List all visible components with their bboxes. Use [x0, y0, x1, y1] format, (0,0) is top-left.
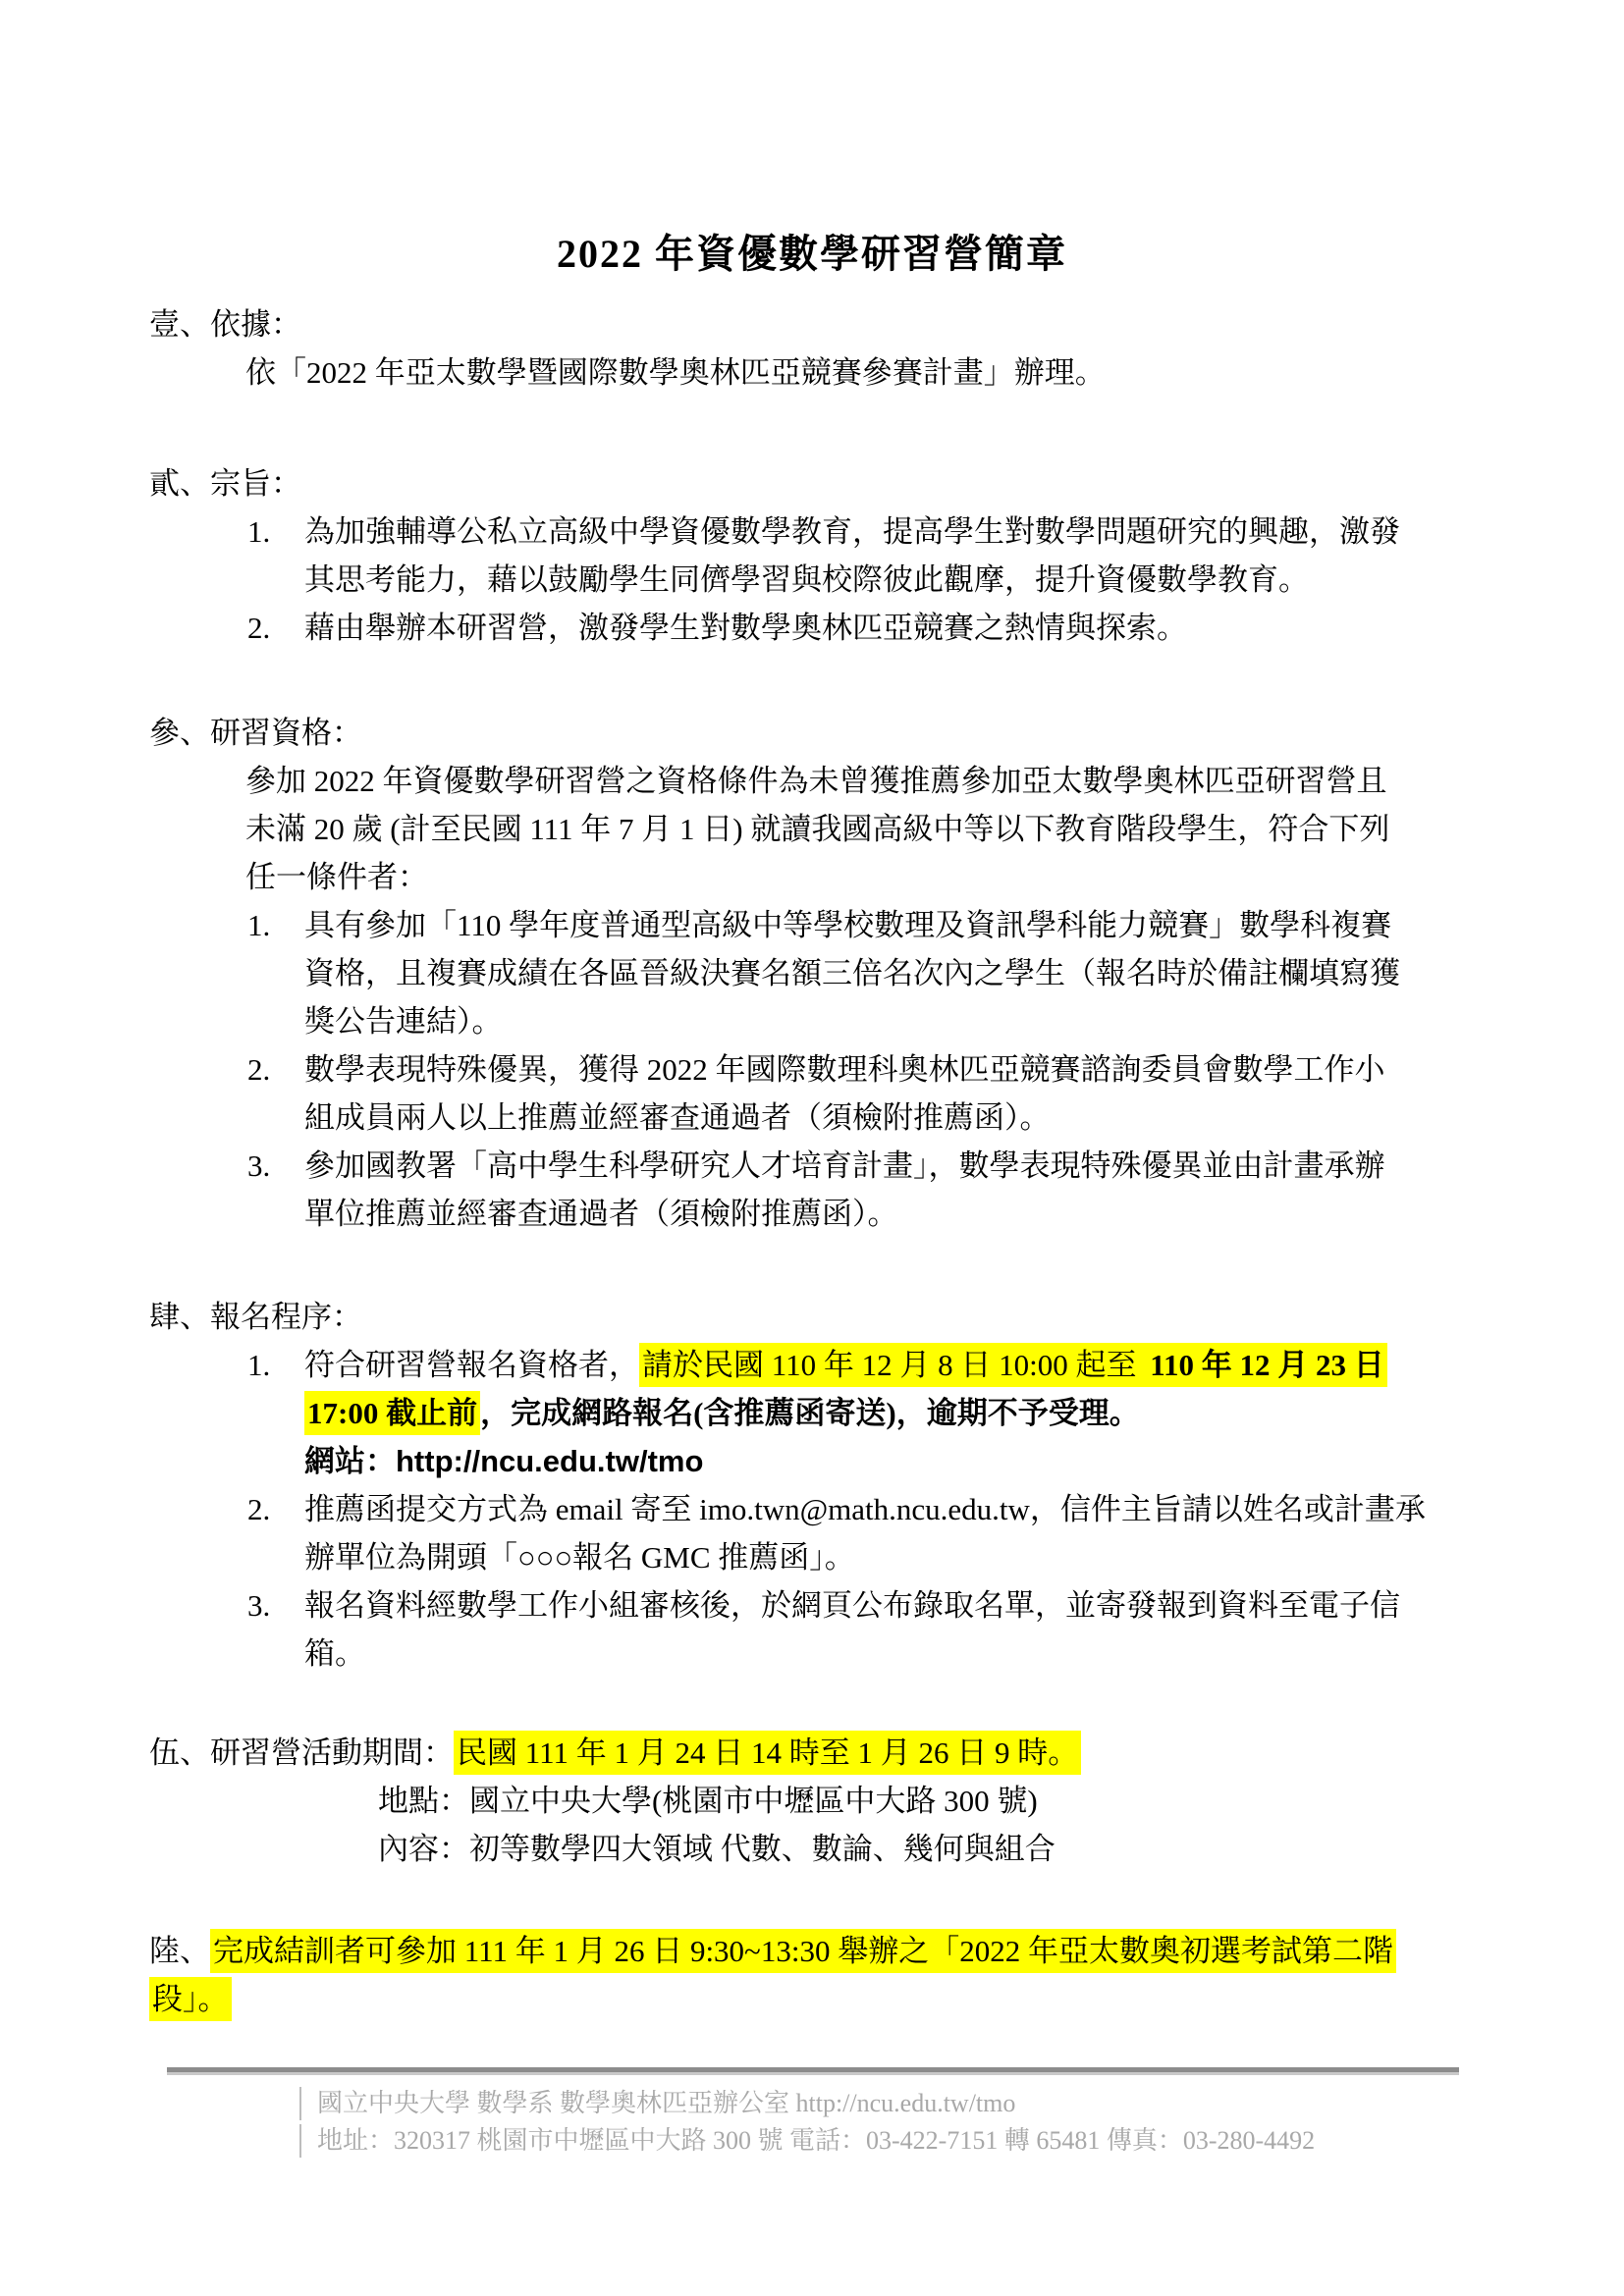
list-item: 3. 參加國教署「高中學生科學研究人才培育計畫」，數學表現特殊優異並由計畫承辦 … — [304, 1142, 1624, 1238]
registration-website-url: http://ncu.edu.tw/tmo — [396, 1444, 703, 1478]
exam-notice-highlight: 段」。 — [149, 1977, 232, 2021]
item-number: 1. — [247, 1341, 270, 1389]
location-label: 地點： — [378, 1784, 469, 1818]
item-text-line: 組成員兩人以上推薦並經審查通過者（須檢附推薦函）。 — [304, 1094, 1624, 1142]
list-item: 2. 推薦函提交方式為 email 寄至 imo.twn@math.ncu.ed… — [304, 1485, 1624, 1581]
website-label: 網站： — [304, 1444, 396, 1478]
footer-divider — [167, 2067, 1459, 2075]
item-number: 2. — [247, 1485, 270, 1533]
list-item: 3. 報名資料經數學工作小組審核後，於網頁公布錄取名單，並寄發報到資料至電子信 … — [304, 1581, 1624, 1678]
item-text-line: 報名資料經數學工作小組審核後，於網頁公布錄取名單，並寄發報到資料至電子信 — [304, 1581, 1624, 1629]
location-text: 國立中央大學(桃園市中壢區中大路 300 號) — [469, 1784, 1038, 1818]
item-text-line: 資格，且複賽成績在各區晉級決賽名額三倍名次內之學生（報名時於備註欄填寫獲 — [304, 949, 1624, 997]
list-item: 1. 為加強輔導公私立高級中學資優數學教育，提高學生對數學問題研究的興趣，激發 … — [304, 507, 1624, 604]
content-text: 初等數學四大領域 代數、數論、幾何與組合 — [469, 1832, 1056, 1866]
item-text-line: 推薦函提交方式為 email 寄至 imo.twn@math.ncu.edu.t… — [304, 1485, 1624, 1533]
exam-notice-line: 段」。 — [149, 1975, 1624, 2023]
document-title: 2022 年資優數學研習營簡章 — [0, 230, 1624, 279]
item-text-line: 符合研習營報名資格者，請於民國 110 年 12 月 8 日 10:00 起至 … — [304, 1341, 1624, 1389]
list-item: 2. 藉由舉辦本研習營，激發學生對數學奧林匹亞競賽之熱情與探索。 — [304, 604, 1624, 652]
section-exam-notice-label: 陸、 — [149, 1934, 210, 1968]
eligibility-intro-line: 參加 2022 年資優數學研習營之資格條件為未曾獲推薦參加亞太數學奧林匹亞研習營… — [245, 757, 1624, 805]
section-basis: 壹、依據： 依「2022 年亞太數學暨國際數學奧林匹亞競賽參賽計畫」辦理。 — [0, 300, 1624, 397]
item-text-line: 藉由舉辦本研習營，激發學生對數學奧林匹亞競賽之熱情與探索。 — [304, 604, 1624, 652]
section-camp-period: 伍、研習營活動期間：民國 111 年 1 月 24 日 14 時至 1 月 26… — [0, 1729, 1624, 1873]
content-label: 內容： — [378, 1832, 469, 1866]
item-number: 3. — [247, 1581, 270, 1629]
item-text-line: 具有參加「110 學年度普通型高級中等學校數理及資訊學科能力競賽」數學科複賽 — [304, 901, 1624, 949]
item-text-line: 辦單位為開頭「○○○報名 GMC 推薦函」。 — [304, 1533, 1624, 1581]
camp-period-line: 伍、研習營活動期間：民國 111 年 1 月 24 日 14 時至 1 月 26… — [149, 1729, 1624, 1777]
item-text-line: 17:00 截止前，完成網路報名(含推薦函寄送)，逾期不予受理。 — [304, 1389, 1624, 1437]
section-camp-period-label: 伍、研習營活動期間： — [149, 1735, 454, 1770]
section-registration: 肆、報名程序： 1. 符合研習營報名資格者，請於民國 110 年 12 月 8 … — [0, 1293, 1624, 1678]
registration-deadline-time: 17:00 截止前 — [304, 1391, 480, 1435]
item-text-line: 獎公告連結）。 — [304, 997, 1624, 1045]
item-number: 1. — [247, 507, 270, 556]
footer-address-line: 地址：320317 桃園市中壢區中大路 300 號 電話：03-422-7151… — [299, 2124, 1315, 2158]
registration-deadline-date: 110 年 12 月 23 日 — [1147, 1343, 1387, 1387]
exam-notice-highlight: 完成結訓者可參加 111 年 1 月 26 日 9:30~13:30 舉辦之「2… — [210, 1929, 1396, 1973]
camp-period-highlight: 民國 111 年 1 月 24 日 14 時至 1 月 26 日 9 時。 — [454, 1731, 1081, 1775]
item-text-line: 數學表現特殊優異，獲得 2022 年國際數理科奧林匹亞競賽諮詢委員會數學工作小 — [304, 1045, 1624, 1094]
item-number: 2. — [247, 1045, 270, 1094]
item-text-line: 單位推薦並經審查通過者（須檢附推薦函）。 — [304, 1190, 1624, 1238]
registration-deadline-note: ，完成網路報名(含推薦函寄送)，逾期不予受理。 — [480, 1396, 1140, 1430]
section-registration-label: 肆、報名程序： — [149, 1293, 1624, 1341]
list-item: 1. 具有參加「110 學年度普通型高級中等學校數理及資訊學科能力競賽」數學科複… — [304, 901, 1624, 1045]
item-text-line: 其思考能力，藉以鼓勵學生同儕學習與校際彼此觀摩，提升資優數學教育。 — [304, 556, 1624, 604]
exam-notice-line: 陸、完成結訓者可參加 111 年 1 月 26 日 9:30~13:30 舉辦之… — [149, 1927, 1624, 1975]
camp-location-line: 地點：國立中央大學(桃園市中壢區中大路 300 號) — [378, 1777, 1624, 1825]
section-exam-notice: 陸、完成結訓者可參加 111 年 1 月 26 日 9:30~13:30 舉辦之… — [0, 1927, 1624, 2023]
item-text-line: 為加強輔導公私立高級中學資優數學教育，提高學生對數學問題研究的興趣，激發 — [304, 507, 1624, 556]
item-number: 3. — [247, 1142, 270, 1190]
section-eligibility-label: 參、研習資格： — [149, 709, 1624, 757]
section-purpose: 貳、宗旨： 1. 為加強輔導公私立高級中學資優數學教育，提高學生對數學問題研究的… — [0, 459, 1624, 652]
item-text-line: 箱。 — [304, 1629, 1624, 1678]
eligibility-intro-line: 任一條件者： — [245, 853, 1624, 901]
list-item: 2. 數學表現特殊優異，獲得 2022 年國際數理科奧林匹亞競賽諮詢委員會數學工… — [304, 1045, 1624, 1142]
item-text-line: 參加國教署「高中學生科學研究人才培育計畫」，數學表現特殊優異並由計畫承辦 — [304, 1142, 1624, 1190]
section-purpose-label: 貳、宗旨： — [149, 459, 1624, 507]
footer-office-line: 國立中央大學 數學系 數學奧林匹亞辦公室 http://ncu.edu.tw/t… — [299, 2087, 1015, 2120]
item-number: 2. — [247, 604, 270, 652]
eligibility-intro-line: 未滿 20 歲 (計至民國 111 年 7 月 1 日) 就讀我國高級中等以下教… — [245, 805, 1624, 853]
section-basis-text: 依「2022 年亞太數學暨國際數學奧林匹亞競賽參賽計畫」辦理。 — [245, 348, 1624, 397]
section-eligibility: 參、研習資格： 參加 2022 年資優數學研習營之資格條件為未曾獲推薦參加亞太數… — [0, 709, 1624, 1238]
list-item: 1. 符合研習營報名資格者，請於民國 110 年 12 月 8 日 10:00 … — [304, 1341, 1624, 1485]
camp-content-line: 內容：初等數學四大領域 代數、數論、幾何與組合 — [378, 1825, 1624, 1873]
registration-deadline-prefix: 符合研習營報名資格者， — [304, 1348, 639, 1382]
item-text-line: 網站：http://ncu.edu.tw/tmo — [304, 1437, 1624, 1485]
registration-deadline-highlight: 請於民國 110 年 12 月 8 日 10:00 起至 — [639, 1343, 1147, 1387]
document-page: 2022 年資優數學研習營簡章 壹、依據： 依「2022 年亞太數學暨國際數學奧… — [0, 0, 1624, 2296]
section-basis-label: 壹、依據： — [149, 300, 1624, 348]
item-number: 1. — [247, 901, 270, 949]
